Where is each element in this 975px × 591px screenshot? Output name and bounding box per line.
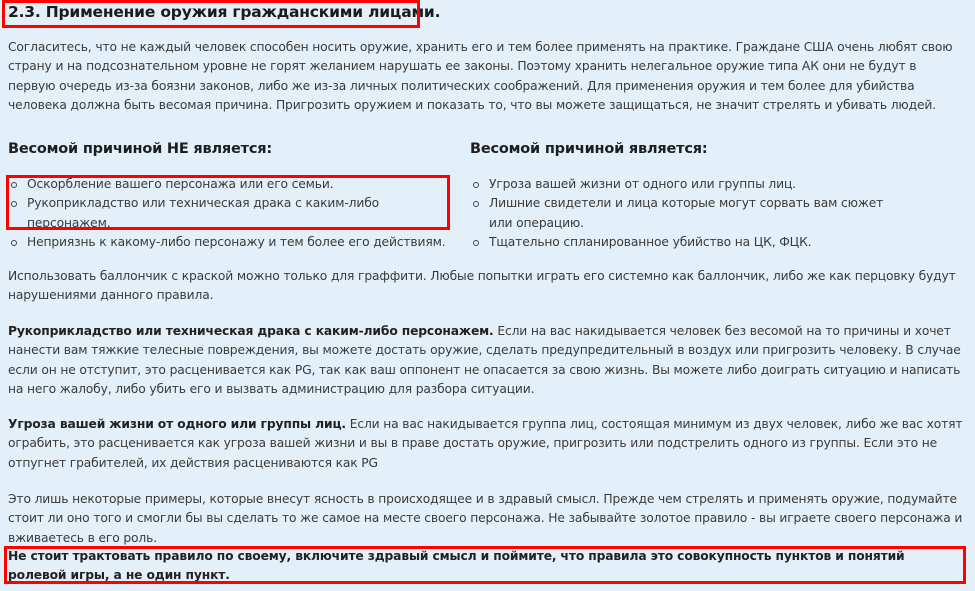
examples-paragraph: Это лишь некоторые примеры, которые внес… <box>8 490 966 548</box>
section-title: 2.3. Применение оружия гражданскими лица… <box>8 3 440 21</box>
threat-paragraph: Угроза вашей жизни от одного или группы … <box>8 415 966 473</box>
not-valid-heading: Весомой причиной НЕ является: <box>8 141 272 157</box>
spray-paragraph: Использовать баллончик с краской можно т… <box>8 267 966 306</box>
list-item: Оскорбление вашего персонажа или его сем… <box>8 175 458 194</box>
list-item: Тщательно спланированное убийство на ЦК,… <box>470 233 910 252</box>
rules-document: 2.3. Применение оружия гражданскими лица… <box>0 0 975 591</box>
valid-list: Угроза вашей жизни от одного или группы … <box>470 175 910 252</box>
list-item: Лишние свидетели и лица которые могут со… <box>470 194 910 233</box>
list-item: Угроза вашей жизни от одного или группы … <box>470 175 910 194</box>
fight-paragraph-lead: Рукоприкладство или техническая драка с … <box>8 324 494 338</box>
intro-paragraph: Согласитесь, что не каждый человек спосо… <box>8 38 966 115</box>
list-item: Рукоприкладство или техническая драка с … <box>8 194 458 233</box>
final-note: Не стоит трактовать правило по своему, в… <box>8 547 966 586</box>
not-valid-list: Оскорбление вашего персонажа или его сем… <box>8 175 458 252</box>
fight-paragraph: Рукоприкладство или техническая драка с … <box>8 322 966 399</box>
valid-heading: Весомой причиной является: <box>470 141 707 157</box>
threat-paragraph-lead: Угроза вашей жизни от одного или группы … <box>8 417 346 431</box>
list-item: Неприязнь к какому-либо персонажу и тем … <box>8 233 458 252</box>
